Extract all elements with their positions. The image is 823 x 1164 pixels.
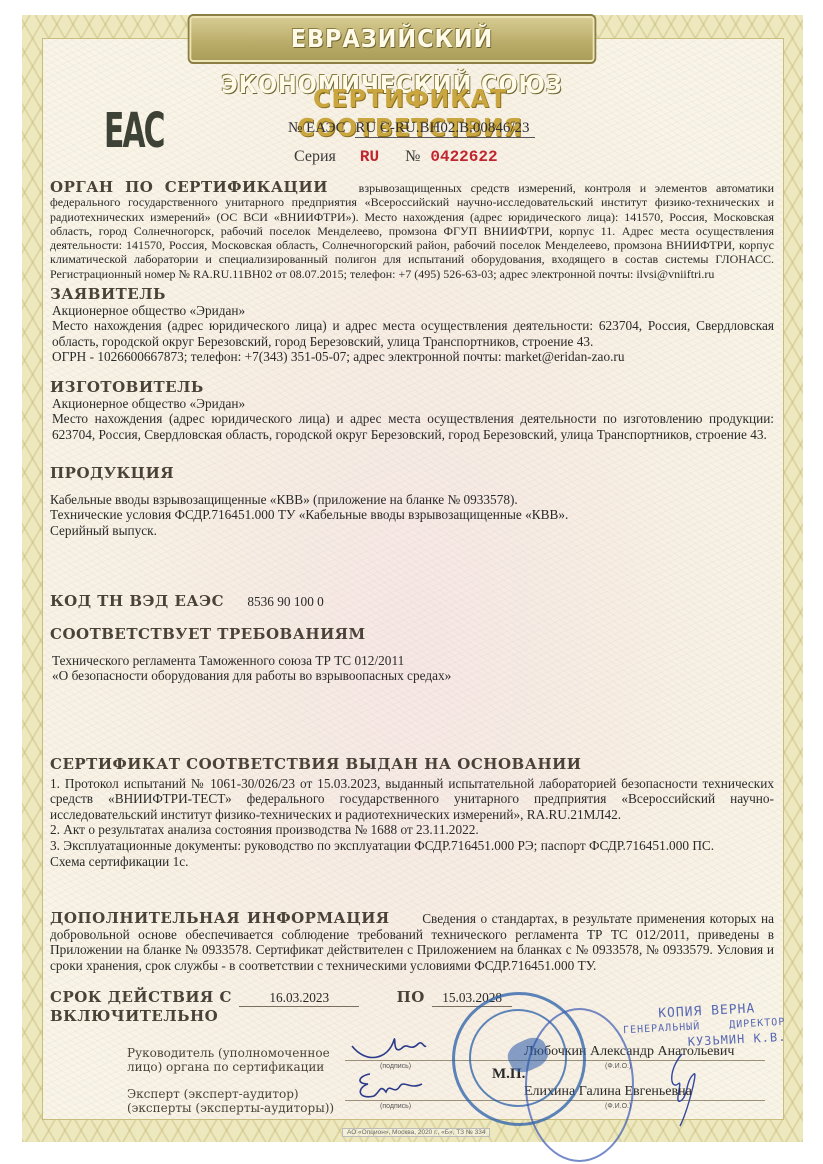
requirements-heading: СООТВЕТСТВУЕТ ТРЕБОВАНИЯМ bbox=[50, 627, 774, 643]
section-manufacturer: ИЗГОТОВИТЕЛЬ Акционерное общество «Эрида… bbox=[50, 380, 774, 442]
applicant-address: Место нахождения (адрес юридического лиц… bbox=[50, 318, 774, 349]
number-value: 0422622 bbox=[430, 148, 497, 166]
validity-to-label: ПО bbox=[397, 988, 425, 1006]
signature-caption: (подпись) bbox=[380, 1103, 411, 1110]
additional-heading: ДОПОЛНИТЕЛЬНАЯ ИНФОРМАЦИЯ bbox=[50, 909, 390, 927]
manufacturer-address: Место нахождения (адрес юридического лиц… bbox=[50, 411, 774, 442]
basis-item: 2. Акт о результатах анализа состояния п… bbox=[50, 822, 774, 838]
head-label-line: лицо) органа по сертификации bbox=[127, 1060, 330, 1074]
applicant-contacts: ОГРН - 1026600667873; телефон: +7(343) 3… bbox=[50, 349, 774, 365]
requirements-line: Технического регламента Таможенного союз… bbox=[50, 653, 774, 669]
series-label: Серия bbox=[294, 148, 336, 165]
section-product: ПРОДУКЦИЯ Кабельные вводы взрывозащищенн… bbox=[50, 466, 774, 538]
validity-from-label: СРОК ДЕЙСТВИЯ С bbox=[50, 988, 232, 1006]
expert-label: Эксперт (эксперт-аудитор) (эксперты (экс… bbox=[127, 1087, 334, 1115]
tn-ved-heading: КОД ТН ВЭД ЕАЭС bbox=[50, 592, 224, 610]
blank-series: СерияRU № 0422622 bbox=[290, 148, 498, 166]
section-requirements: СООТВЕТСТВУЕТ ТРЕБОВАНИЯМ Технического р… bbox=[50, 627, 774, 684]
company-seal-stamp bbox=[525, 1008, 634, 1162]
head-label: Руководитель (уполномоченное лицо) орган… bbox=[127, 1046, 330, 1074]
section-basis: СЕРТИФИКАТ СООТВЕТСТВИЯ ВЫДАН НА ОСНОВАН… bbox=[50, 757, 774, 869]
requirements-line: «О безопасности оборудования для работы … bbox=[50, 668, 774, 684]
product-line: Технические условия ФСДР.716451.000 ТУ «… bbox=[50, 507, 774, 523]
printer-imprint: АО «Опцион», Москва, 2020 г., «Б», ТЗ № … bbox=[342, 1128, 490, 1137]
expert-signature-icon bbox=[350, 1070, 425, 1104]
section-additional-info: ДОПОЛНИТЕЛЬНАЯ ИНФОРМАЦИЯ Сведения о ста… bbox=[50, 911, 774, 973]
registration-number: № ЕАЭС RU C-RU.ВН02.В.00846/23 bbox=[288, 120, 535, 138]
applicant-heading: ЗАЯВИТЕЛЬ bbox=[50, 287, 774, 303]
reg-label: № ЕАЭС bbox=[288, 120, 346, 136]
basis-item: Схема сертификации 1с. bbox=[50, 854, 774, 870]
number-label: № bbox=[405, 148, 420, 165]
expert-label-line: (эксперты (эксперты-аудиторы)) bbox=[127, 1101, 334, 1115]
section-tn-ved: КОД ТН ВЭД ЕАЭС 8536 90 100 0 bbox=[50, 594, 774, 610]
manufacturer-heading: ИЗГОТОВИТЕЛЬ bbox=[50, 380, 774, 396]
eac-logo-icon: ЕАС bbox=[104, 103, 164, 159]
copy-certified-stamp: КОПИЯ ВЕРНА ГЕНЕРАЛЬНЫЙ ДИРЕКТОР КУЗЬМИН… bbox=[622, 1000, 787, 1053]
validity-date-from: 16.03.2023 bbox=[239, 990, 359, 1007]
head-label-line: Руководитель (уполномоченное bbox=[127, 1046, 330, 1060]
tn-ved-code: 8536 90 100 0 bbox=[247, 594, 323, 609]
expert-label-line: Эксперт (эксперт-аудитор) bbox=[127, 1087, 334, 1101]
reg-value: RU C-RU.ВН02.В.00846/23 bbox=[355, 120, 535, 138]
copy-stamp-position: ДИРЕКТОР bbox=[729, 1017, 786, 1031]
basis-heading: СЕРТИФИКАТ СООТВЕТСТВИЯ ВЫДАН НА ОСНОВАН… bbox=[50, 757, 774, 773]
product-line: Серийный выпуск. bbox=[50, 523, 774, 539]
certification-body-heading: ОРГАН ПО СЕРТИФИКАЦИИ bbox=[50, 178, 328, 196]
manufacturer-name: Акционерное общество «Эридан» bbox=[50, 396, 774, 412]
basis-item: 3. Эксплуатационные документы: руководст… bbox=[50, 838, 774, 854]
product-heading: ПРОДУКЦИЯ bbox=[50, 466, 774, 482]
head-signature-icon bbox=[348, 1030, 428, 1066]
section-applicant: ЗАЯВИТЕЛЬ Акционерное общество «Эридан» … bbox=[50, 287, 774, 365]
union-banner: ЕВРАЗИЙСКИЙ ЭКОНОМИЧЕСКИЙ СОЮЗ bbox=[188, 14, 597, 64]
applicant-name: Акционерное общество «Эридан» bbox=[50, 303, 774, 319]
section-certification-body: ОРГАН ПО СЕРТИФИКАЦИИ взрывозащищенных с… bbox=[50, 180, 774, 281]
basis-item: 1. Протокол испытаний № 1061-30/026/23 о… bbox=[50, 776, 774, 823]
certification-body-text: взрывозащищенных средств измерений, конт… bbox=[50, 181, 774, 281]
product-line: Кабельные вводы взрывозащищенные «КВВ» (… bbox=[50, 492, 774, 508]
series-value: RU bbox=[360, 148, 379, 166]
